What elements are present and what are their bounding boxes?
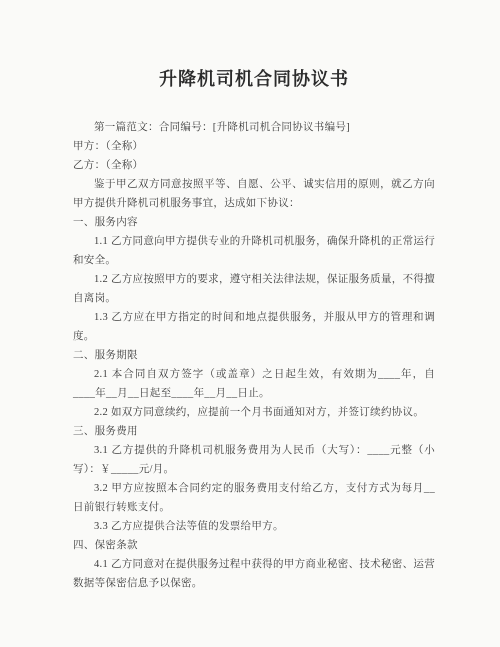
party-b-line: 乙方：（全称）: [73, 156, 435, 175]
section-heading-service-term: 二、服务期限: [73, 346, 435, 365]
clause-1-1: 1.1 乙方同意向甲方提供专业的升降机司机服务，确保升降机的正常运行和安全。: [73, 232, 435, 270]
section-heading-confidentiality: 四、保密条款: [73, 536, 435, 555]
clause-4-1: 4.1 乙方同意对在提供服务过程中获得的甲方商业秘密、技术秘密、运营数据等保密信…: [73, 555, 435, 593]
document-content: 升降机司机合同协议书 第一篇范文：合同编号：[升降机司机合同协议书编号] 甲方：…: [73, 68, 435, 593]
contract-number-line: 第一篇范文：合同编号：[升降机司机合同协议书编号]: [73, 118, 435, 137]
section-heading-service-content: 一、服务内容: [73, 213, 435, 232]
document-page: 升降机司机合同协议书 第一篇范文：合同编号：[升降机司机合同协议书编号] 甲方：…: [0, 0, 500, 647]
party-a-line: 甲方：（全称）: [73, 137, 435, 156]
clause-3-3: 3.3 乙方应提供合法等值的发票给甲方。: [73, 517, 435, 536]
clause-2-2: 2.2 如双方同意续约，应提前一个月书面通知对方，并签订续约协议。: [73, 403, 435, 422]
clause-2-1: 2.1 本合同自双方签字（或盖章）之日起生效，有效期为____年，自____年_…: [73, 365, 435, 403]
document-title: 升降机司机合同协议书: [73, 68, 435, 90]
clause-1-2: 1.2 乙方应按照甲方的要求，遵守相关法律法规，保证服务质量，不得擅自离岗。: [73, 270, 435, 308]
clause-1-3: 1.3 乙方应在甲方指定的时间和地点提供服务，并服从甲方的管理和调度。: [73, 308, 435, 346]
preamble-paragraph: 鉴于甲乙双方同意按照平等、自愿、公平、诚实信用的原则，就乙方向甲方提供升降机司机…: [73, 175, 435, 213]
clause-3-2: 3.2 甲方应按照本合同约定的服务费用支付给乙方，支付方式为每月__日前银行转账…: [73, 479, 435, 517]
clause-3-1: 3.1 乙方提供的升降机司机服务费用为人民币（大写）：____元整（小写）：￥_…: [73, 441, 435, 479]
section-heading-service-fee: 三、服务费用: [73, 422, 435, 441]
